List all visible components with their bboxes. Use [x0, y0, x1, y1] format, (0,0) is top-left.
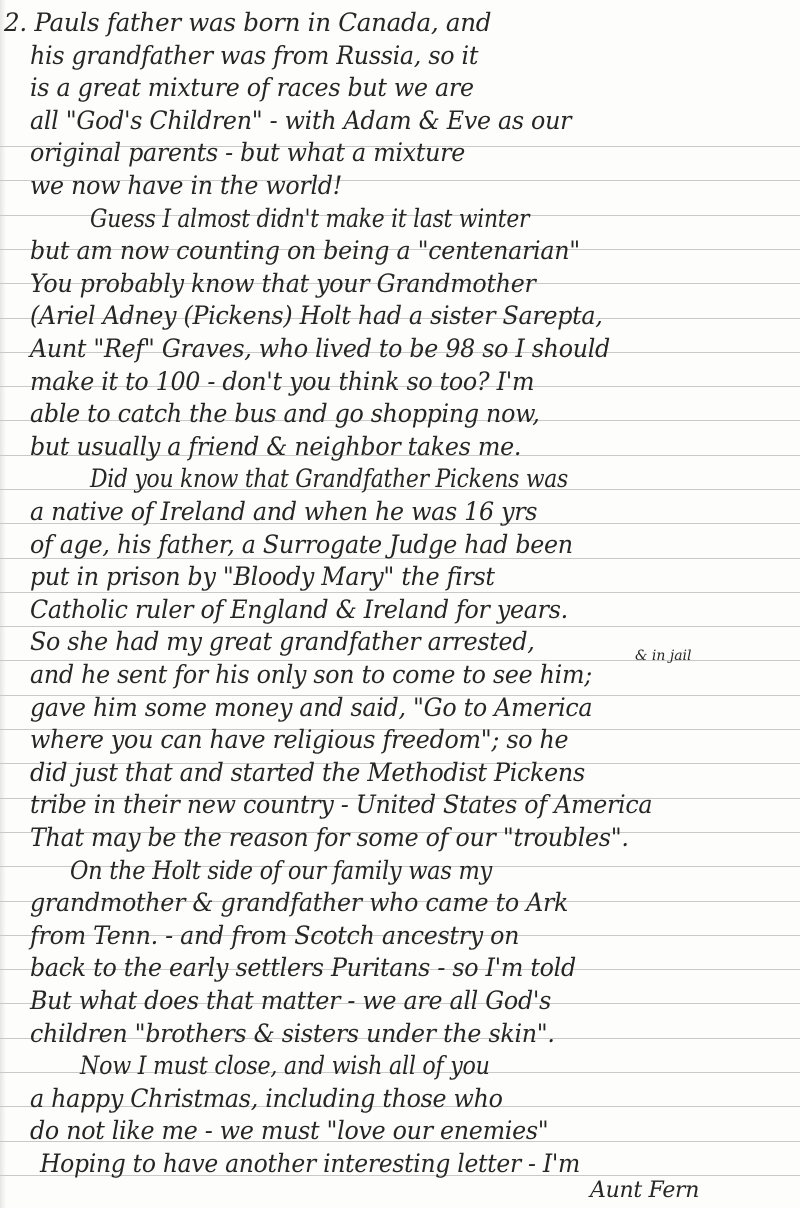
text-line: of age, his father, a Surrogate Judge ha… — [30, 528, 790, 562]
handwritten-text: 2. Pauls father was born in Canada, andh… — [0, 0, 800, 1208]
text-line: You probably know that your Grandmother — [30, 267, 790, 301]
letter-page: 2. Pauls father was born in Canada, andh… — [0, 0, 800, 1208]
text-line: Guess I almost didn't make it last winte… — [90, 202, 790, 236]
text-line: a happy Christmas, including those who — [30, 1082, 790, 1116]
signature-closing: Aunt Fern — [590, 1174, 800, 1208]
text-line: all "God's Children" - with Adam & Eve a… — [30, 104, 790, 138]
text-line: did just that and started the Methodist … — [30, 756, 790, 790]
text-line: from Tenn. - and from Scotch ancestry on — [30, 919, 790, 953]
text-line: 2. Pauls father was born in Canada, and — [4, 6, 790, 40]
text-line: grandmother & grandfather who came to Ar… — [30, 886, 790, 920]
text-line: make it to 100 - don't you think so too?… — [30, 365, 790, 399]
text-line: On the Holt side of our family was my — [70, 854, 790, 888]
text-line: gave him some money and said, "Go to Ame… — [30, 691, 790, 725]
text-line: but am now counting on being a "centenar… — [30, 234, 790, 268]
text-line: children "brothers & sisters under the s… — [30, 1017, 790, 1051]
text-line: his grandfather was from Russia, so it — [30, 39, 790, 73]
text-line: That may be the reason for some of our "… — [30, 821, 790, 855]
text-line: original parents - but what a mixture — [30, 136, 790, 170]
text-line: is a great mixture of races but we are — [30, 71, 790, 105]
text-line: a native of Ireland and when he was 16 y… — [30, 495, 790, 529]
text-line: we now have in the world! — [30, 169, 790, 203]
text-line: put in prison by "Bloody Mary" the first — [30, 560, 790, 594]
text-line: back to the early settlers Puritans - so… — [30, 951, 790, 985]
text-line: where you can have religious freedom"; s… — [30, 723, 790, 757]
text-line: Catholic ruler of England & Ireland for … — [30, 593, 790, 627]
text-line: able to catch the bus and go shopping no… — [30, 397, 790, 431]
text-line: Aunt "Ref" Graves, who lived to be 98 so… — [30, 332, 790, 366]
text-line: (Ariel Adney (Pickens) Holt had a sister… — [30, 299, 790, 333]
text-line: but usually a friend & neighbor takes me… — [30, 430, 790, 464]
text-line: But what does that matter - we are all G… — [30, 984, 790, 1018]
text-line: Now I must close, and wish all of you — [80, 1049, 790, 1083]
text-line: tribe in their new country - United Stat… — [30, 788, 790, 822]
handwritten-insertion: & in jail — [635, 648, 692, 664]
text-line: Did you know that Grandfather Pickens wa… — [90, 462, 790, 496]
text-line: do not like me - we must "love our enemi… — [30, 1114, 790, 1148]
